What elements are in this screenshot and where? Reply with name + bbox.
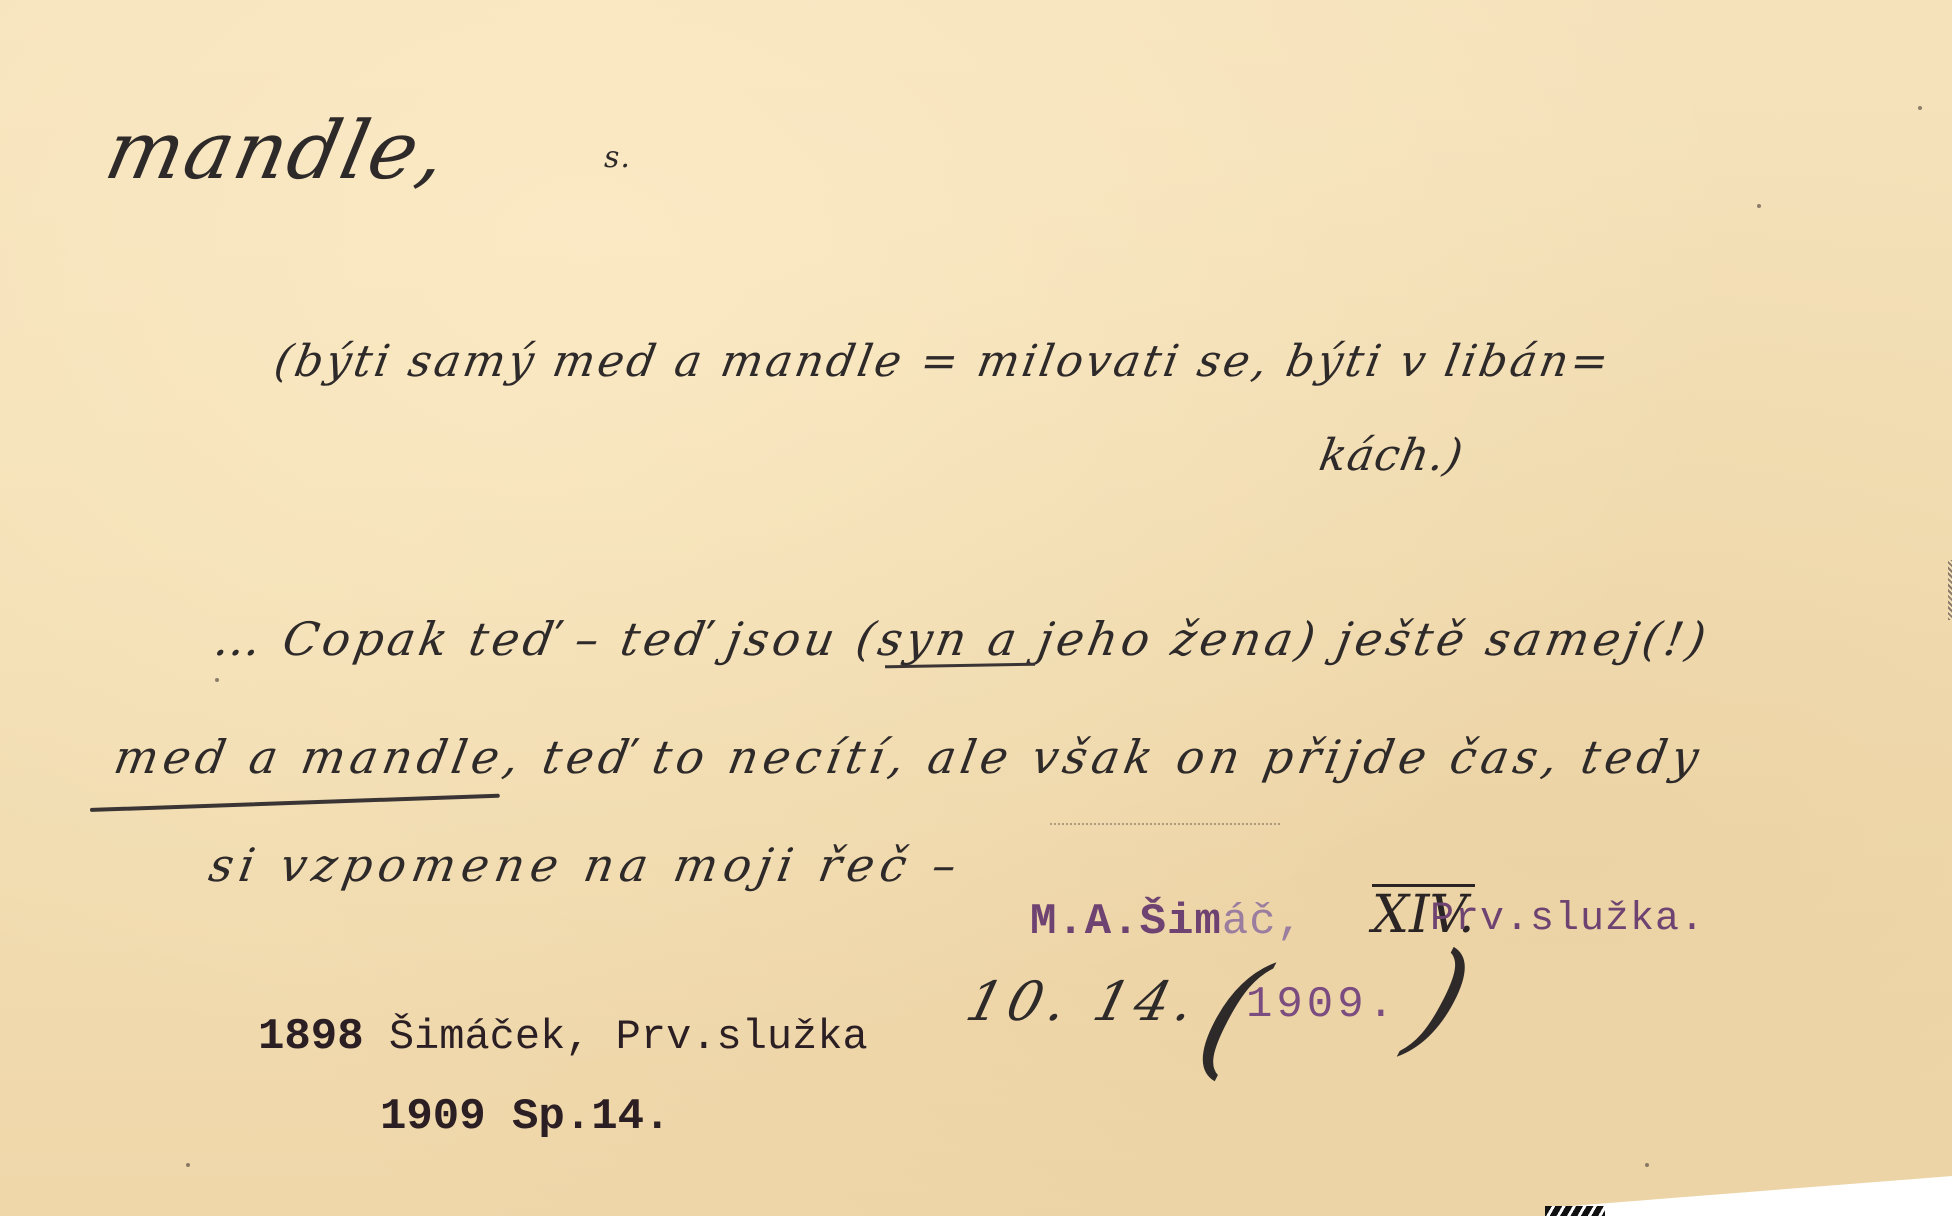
card-edge-mark — [1948, 560, 1952, 620]
ink-speck — [215, 678, 219, 682]
paren-close: ) — [1395, 928, 1487, 1067]
source-text: Šimáček, Prv.služka — [389, 1013, 868, 1061]
ink-speck — [1918, 106, 1922, 110]
source-stamp-line-2: 1909 Sp.14. — [380, 1092, 670, 1142]
source-stamp-line-1: 1898 Šimáček, Prv.služka — [258, 1012, 868, 1062]
headword-text: mandle — [98, 104, 429, 197]
grammar-label: s. — [604, 140, 631, 175]
ink-speck — [1645, 1163, 1649, 1167]
ink-speck — [1757, 204, 1761, 208]
quotation-line-3: si vzpomene na moji řeč – — [205, 838, 966, 892]
quotation-line-2: med a mandle, teď to necítí, ale však on… — [110, 730, 1707, 784]
handwritten-reference: 10. 14. — [960, 970, 1207, 1033]
scan-edge-strip — [1545, 1206, 1605, 1216]
headword: mandle, — [98, 104, 456, 197]
author-bold: M.A.Šim — [1030, 897, 1222, 947]
source-year: 1898 — [258, 1012, 364, 1062]
index-card: mandle, s. (býti samý med a mandle = mil… — [0, 0, 1952, 1216]
ink-speck — [186, 1163, 190, 1167]
definition-line-1: (býti samý med a mandle = milovati se, b… — [271, 336, 1616, 387]
dotted-rule — [1050, 823, 1280, 825]
year-stamp: 1909. — [1246, 980, 1398, 1030]
quotation-line-1: … Copak teď – teď jsou (syn a jeho žena)… — [210, 612, 1714, 666]
underline-med-a-mandle — [90, 794, 500, 812]
definition-line-2: kách.) — [1316, 430, 1468, 481]
